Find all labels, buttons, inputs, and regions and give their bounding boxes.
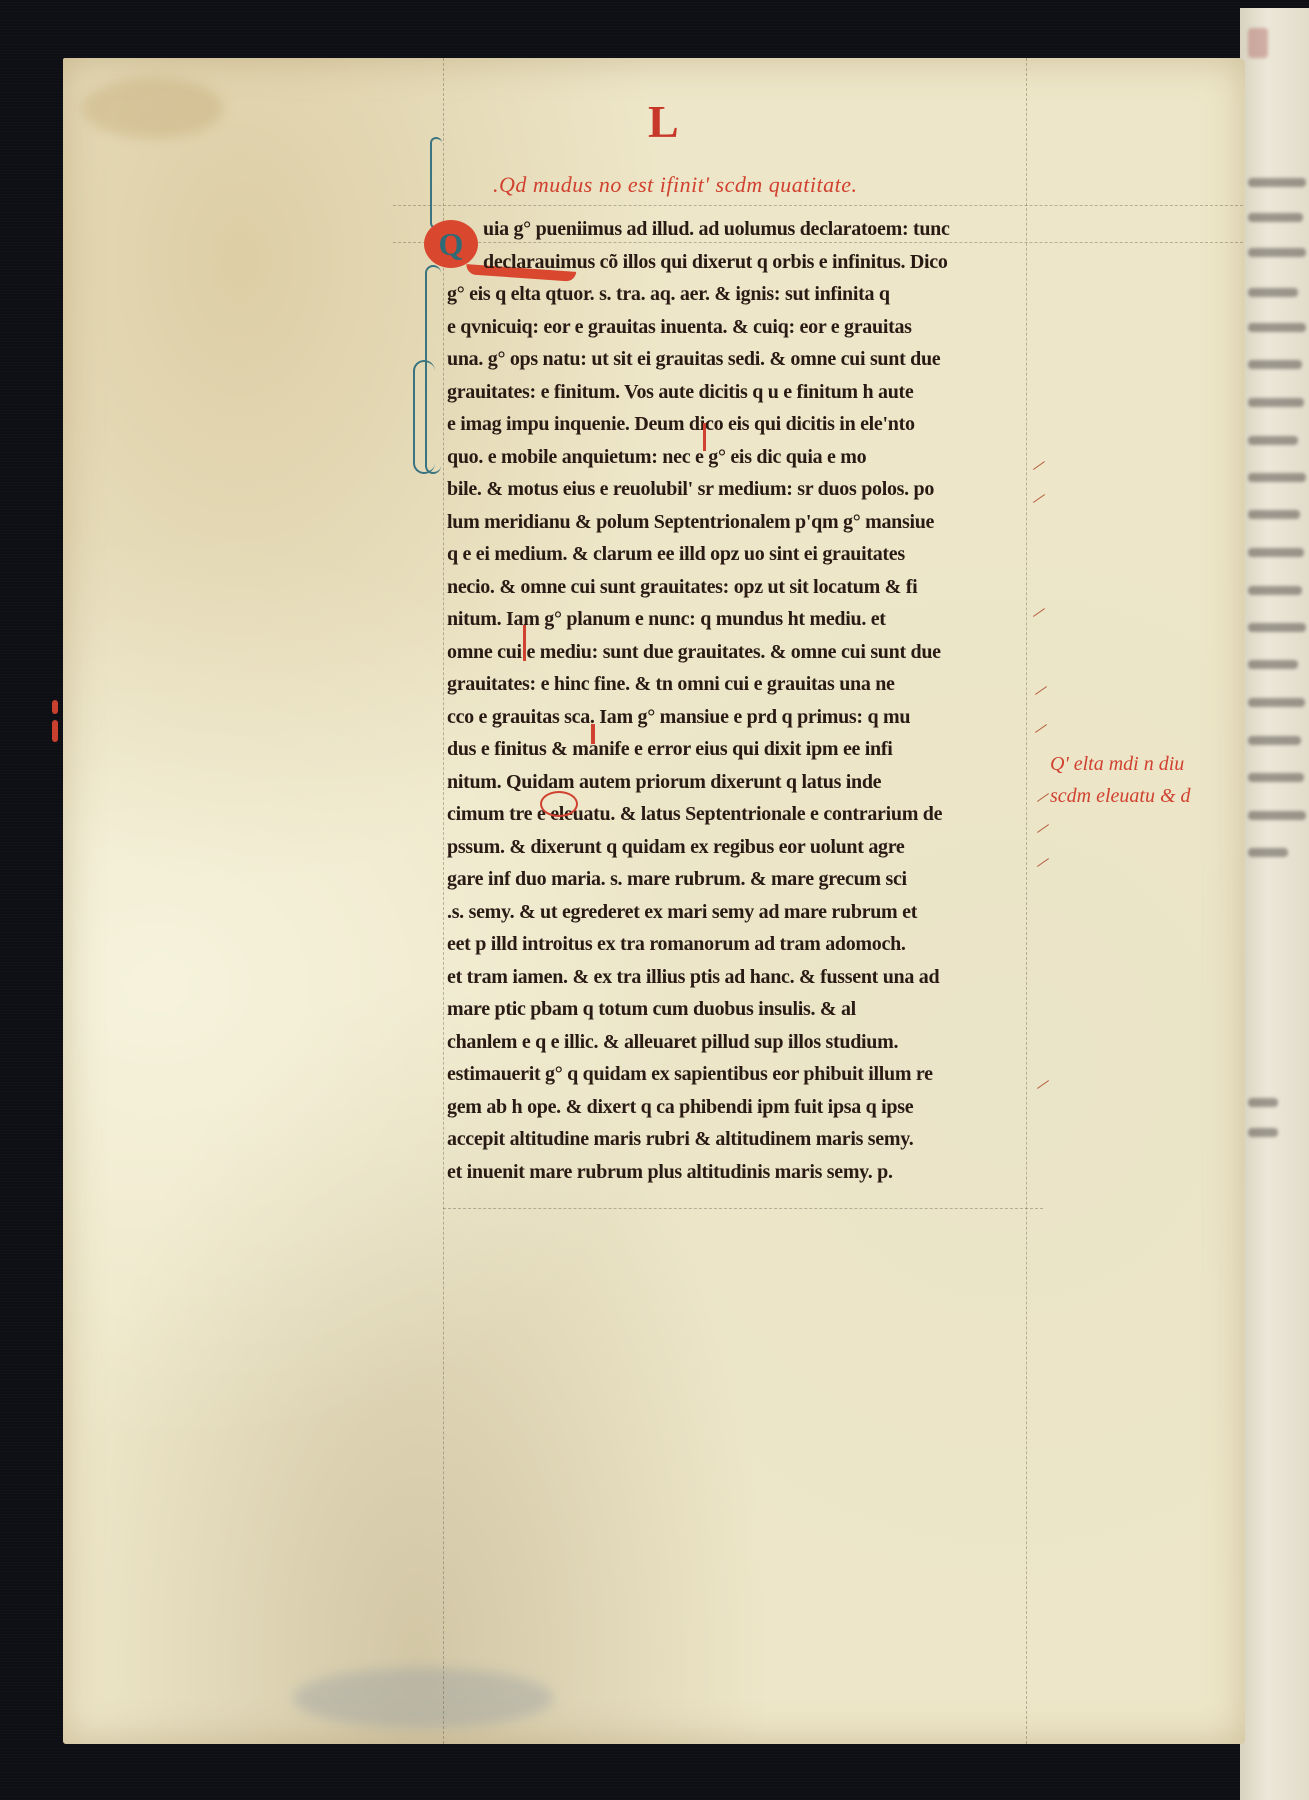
- ruling-line-left: [443, 58, 444, 1744]
- main-text-block: uia g° pueniimus ad illud. ad uolumus de…: [447, 213, 1037, 1188]
- penwork-flourish-icon: [430, 137, 442, 229]
- margin-note-line: scdm eleuatu & d: [1050, 780, 1191, 812]
- text-line: q e ei medium. & clarum ee illd opz uo s…: [447, 538, 1037, 571]
- penwork-flourish-icon: [413, 360, 435, 474]
- text-line: nitum. Quidam autem priorum dixerunt q l…: [447, 766, 1037, 799]
- text-line: et inuenit mare rubrum plus altitudinis …: [447, 1156, 1037, 1189]
- edge-red-mark: [52, 720, 58, 742]
- ruling-line-bottom: [443, 1208, 1043, 1209]
- text-line: bile. & motus eius e reuolubil' sr mediu…: [447, 473, 1037, 506]
- stain: [83, 78, 223, 138]
- paragraph-initial-q: [540, 791, 578, 817]
- paragraph-mark-icon: [523, 625, 526, 661]
- text-line: gem ab h ope. & dixert q ca phibendi ipm…: [447, 1091, 1037, 1124]
- text-line: chanlem e q e illic. & alleuaret pillud …: [447, 1026, 1037, 1059]
- text-line: gare inf duo maria. s. mare rubrum. & ma…: [447, 863, 1037, 896]
- text-line: dus e finitus & manife e error eius qui …: [447, 733, 1037, 766]
- text-line: necio. & omne cui sunt grauitates: opz u…: [447, 571, 1037, 604]
- text-line: omne cui e mediu: sunt due grauitates. &…: [447, 636, 1037, 669]
- text-line: mare ptic pbam q totum cum duobus insuli…: [447, 993, 1037, 1026]
- text-line: nitum. Iam g° planum e nunc: q mundus ht…: [447, 603, 1037, 636]
- text-line: uia g° pueniimus ad illud. ad uolumus de…: [447, 213, 1037, 246]
- text-line: una. g° ops natu: ut sit ei grauitas sed…: [447, 343, 1037, 376]
- edge-red-mark: [52, 700, 58, 714]
- adjacent-page-edge: [1240, 8, 1309, 1800]
- text-line: pssum. & dixerunt q quidam ex regibus eo…: [447, 831, 1037, 864]
- text-line: et tram iamen. & ex tra illius ptis ad h…: [447, 961, 1037, 994]
- margin-note-line: Q' elta mdi n diu: [1050, 748, 1191, 780]
- text-line: eet p illd introitus ex tra romanorum ad…: [447, 928, 1037, 961]
- text-line: .s. semy. & ut egrederet ex mari semy ad…: [447, 896, 1037, 929]
- ruling-line-top: [393, 205, 1243, 206]
- text-line: accepit altitudine maris rubri & altitud…: [447, 1123, 1037, 1156]
- text-line: grauitates: e finitum. Vos aute dicitis …: [447, 376, 1037, 409]
- stain: [293, 1668, 553, 1728]
- text-line: e imag impu inquenie. Deum dico eis qui …: [447, 408, 1037, 441]
- quire-mark: L: [648, 95, 679, 148]
- paragraph-mark-icon: [703, 423, 706, 451]
- paragraph-mark-icon: [591, 724, 595, 744]
- text-line: e qvnicuiq: eor e grauitas inuenta. & cu…: [447, 311, 1037, 344]
- text-line: cimum tre e eleuatu. & latus Septentrion…: [447, 798, 1037, 831]
- text-line: cco e grauitas sca. Iam g° mansiue e prd…: [447, 701, 1037, 734]
- text-line: quo. e mobile anquietum: nec e g° eis di…: [447, 441, 1037, 474]
- text-line: g° eis q elta qtuor. s. tra. aq. aer. & …: [447, 278, 1037, 311]
- text-line: declarauimus cõ illos qui dixerut q orbi…: [447, 246, 1037, 279]
- margin-note: Q' elta mdi n diu scdm eleuatu & d: [1050, 748, 1191, 812]
- text-line: lum meridianu & polum Septentrionalem p'…: [447, 506, 1037, 539]
- text-line: grauitates: e hinc fine. & tn omni cui e…: [447, 668, 1037, 701]
- rubric-title: .Qd mudus no est ifinit' scdm quatitate.: [493, 172, 857, 198]
- text-line: estimauerit g° q quidam ex sapientibus e…: [447, 1058, 1037, 1091]
